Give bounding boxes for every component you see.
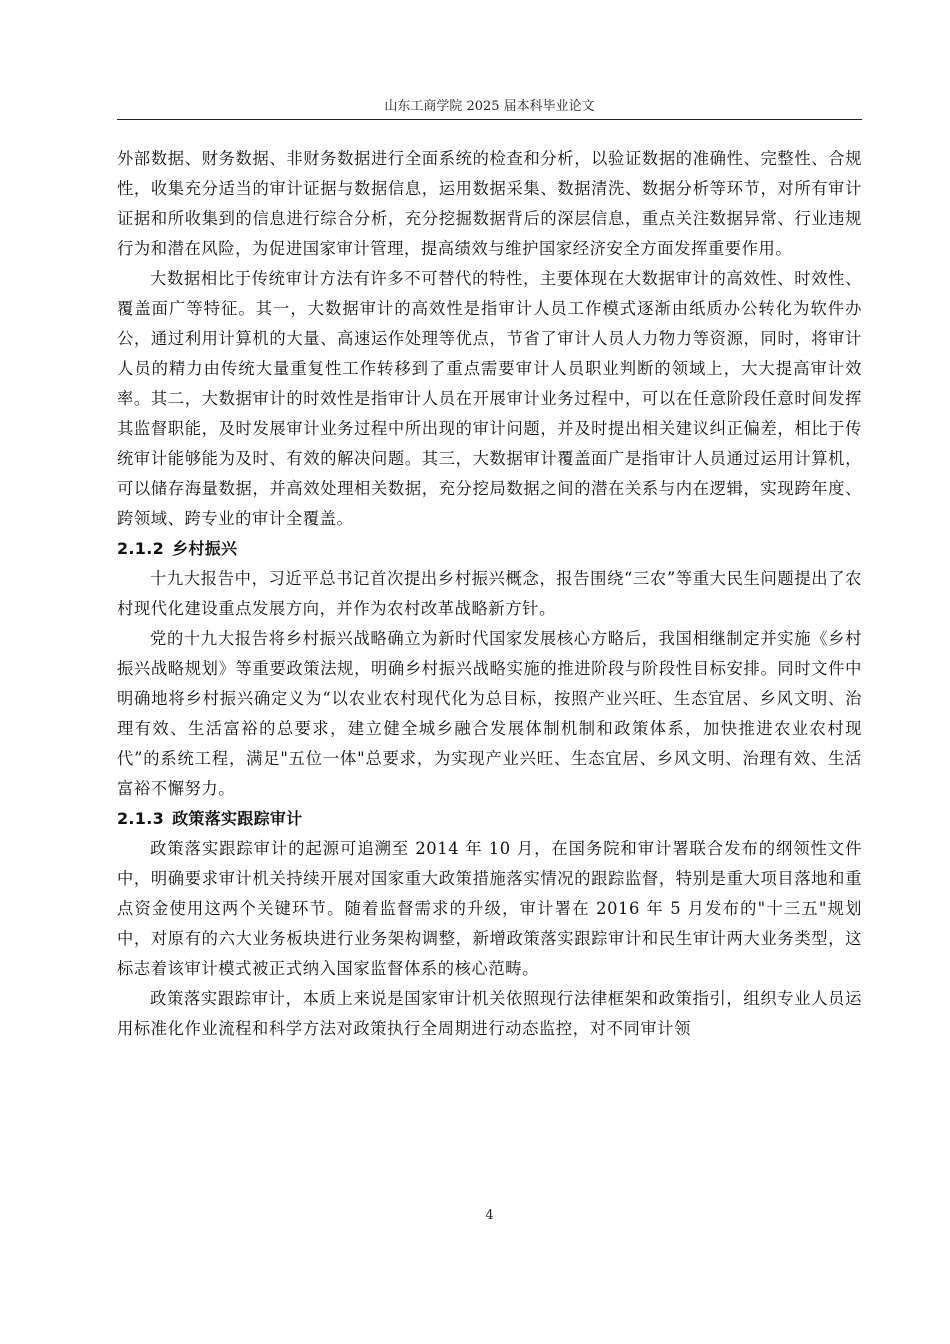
page-number: 4 — [117, 1208, 862, 1223]
section-heading-2-1-3: 2.1.3政策落实跟踪审计 — [117, 804, 862, 834]
paragraph: 党的十九大报告将乡村振兴战略确立为新时代国家发展核心方略后，我国相继制定并实施《… — [117, 624, 862, 804]
section-heading-2-1-2: 2.1.2乡村振兴 — [117, 534, 862, 564]
section-number: 2.1.3 — [117, 809, 164, 828]
paragraph: 十九大报告中，习近平总书记首次提出乡村振兴概念，报告围绕“三农”等重大民生问题提… — [117, 564, 862, 624]
paragraph: 政策落实跟踪审计，本质上来说是国家审计机关依照现行法律框架和政策指引，组织专业人… — [117, 984, 862, 1044]
section-number: 2.1.2 — [117, 539, 164, 558]
section-title: 政策落实跟踪审计 — [172, 809, 302, 828]
section-title: 乡村振兴 — [172, 539, 237, 558]
running-header: 山东工商学院 2025 届本科毕业论文 — [117, 98, 862, 116]
paragraph: 政策落实跟踪审计的起源可追溯至 2014 年 10 月，在国务院和审计署联合发布… — [117, 834, 862, 984]
paragraph: 大数据相比于传统审计方法有许多不可替代的特性，主要体现在大数据审计的高效性、时效… — [117, 264, 862, 534]
paragraph: 外部数据、财务数据、非财务数据进行全面系统的检查和分析，以验证数据的准确性、完整… — [117, 144, 862, 264]
header-rule — [117, 119, 862, 120]
document-body: 外部数据、财务数据、非财务数据进行全面系统的检查和分析，以验证数据的准确性、完整… — [117, 144, 862, 1044]
